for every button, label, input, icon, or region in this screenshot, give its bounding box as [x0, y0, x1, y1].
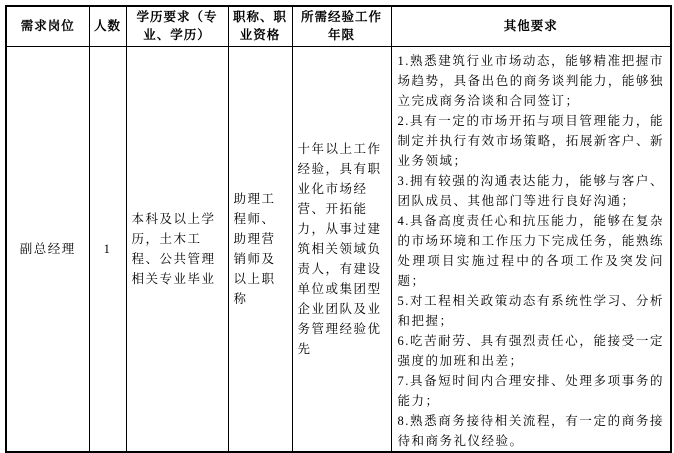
document-page: 需求岗位 人数 学历要求（专业、学历） 职称、职业资格 所需经验工作年限 其他要…: [0, 0, 674, 445]
col-header-experience: 所需经验工作年限: [292, 6, 391, 46]
requirement-item: 5.对工程相关政策动态有系统性学习、分析和把握；: [398, 291, 665, 331]
table-row: 副总经理 1 本科及以上学历，土木工程、公共管理相关专业毕业 助理工程师、助理营…: [6, 46, 671, 452]
col-header-headcount: 人数: [89, 6, 126, 46]
cell-experience: 十年以上工作经验，具有职业化市场经营、开拓能力，从事过建筑相关领域负责人，有建设…: [292, 46, 391, 452]
cell-headcount: 1: [89, 46, 126, 452]
cell-education: 本科及以上学历，土木工程、公共管理相关专业毕业: [126, 46, 228, 452]
requirement-item: 2.具有一定的市场开拓与项目管理能力，能制定并执行有效市场策略，拓展新客户、新业…: [398, 111, 665, 171]
requirement-item: 1.熟悉建筑行业市场动态，能够精准把握市场趋势，具备出色的商务谈判能力，能够独立…: [398, 51, 665, 111]
col-header-qualification: 职称、职业资格: [228, 6, 292, 46]
col-header-other-requirements: 其他要求: [391, 6, 671, 46]
cell-position: 副总经理: [6, 46, 89, 452]
requirement-item: 7.具备短时间内合理安排、处理多项事务的能力；: [398, 371, 665, 411]
header-row: 需求岗位 人数 学历要求（专业、学历） 职称、职业资格 所需经验工作年限 其他要…: [6, 6, 671, 46]
cell-other-requirements: 1.熟悉建筑行业市场动态，能够精准把握市场趋势，具备出色的商务谈判能力，能够独立…: [391, 46, 671, 452]
requirement-item: 6.吃苦耐劳、具有强烈责任心，能接受一定强度的加班和出差；: [398, 331, 665, 371]
requirement-item: 4.具备高度责任心和抗压能力，能够在复杂的市场环境和工作压力下完成任务，能熟练处…: [398, 211, 665, 291]
cell-qualification: 助理工程师、助理营销师及以上职称: [228, 46, 292, 452]
col-header-education: 学历要求（专业、学历）: [126, 6, 228, 46]
col-header-position: 需求岗位: [6, 6, 89, 46]
recruitment-table: 需求岗位 人数 学历要求（专业、学历） 职称、职业资格 所需经验工作年限 其他要…: [5, 5, 672, 453]
requirement-item: 3.拥有较强的沟通表达能力，能够与客户、团队成员、其他部门等进行良好沟通；: [398, 171, 665, 211]
